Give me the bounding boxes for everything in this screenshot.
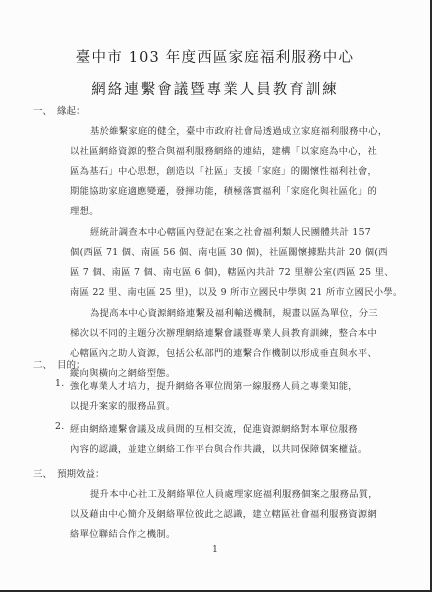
list-item-number: 2. bbox=[55, 421, 64, 432]
list-item-line: 內容的認識，並建立網絡工作平台與合作共識，以共同保障個案權益。 bbox=[70, 441, 368, 455]
paragraph-line: 期能協助家庭適應變遷，發揮功能，積極落實福利「家庭化與社區化」的 bbox=[70, 183, 377, 197]
paragraph-line: 以及藉由中心簡介及網絡單位彼此之認識，建立轄區社會福利服務資源網 bbox=[70, 506, 377, 520]
paragraph-line: 以社區網絡資源的整合與福利服務網絡的連結，建構「以家庭為中心，社 bbox=[70, 143, 377, 157]
paragraph-line: 絡單位聯結合作之機制。 bbox=[70, 526, 176, 540]
paragraph-line: 為提高本中心資源網絡連繫及福利輸送機制，規畫以區為單位，分三 bbox=[90, 305, 378, 319]
paragraph-line: 區 7 個、南區 7 個、南屯區 6 個)，轄區內共計 72 里辦公室(西區 2… bbox=[70, 264, 394, 278]
list-item-line: 強化專業人才培力，提升網絡各單位間第一線服務人員之專業知能， bbox=[70, 378, 358, 392]
paragraph-line: 梯次以不同的主題分次辦理網絡連繫會議暨專業人員教育訓練，整合本中 bbox=[70, 325, 377, 339]
section-number: 一、 bbox=[33, 103, 53, 117]
section-title: 預期效益： bbox=[57, 466, 105, 480]
paragraph-line: 區為基石」中心思想，創造以「社區」支援「家庭」的關懷性福利社會， bbox=[70, 163, 377, 177]
section-title: 目的： bbox=[57, 357, 86, 371]
document-title-line-2: 網絡連繫會議暨專業人員教育訓練 bbox=[0, 78, 430, 99]
list-item-number: 1. bbox=[55, 378, 64, 389]
paragraph-line: 經統計調查本中心轄區內登記在案之社會福利類人民團體共計 157 bbox=[90, 224, 371, 238]
list-item-line: 經由網絡連繫會議及成員間的互相交流，促進資源網絡對本單位服務 bbox=[70, 421, 358, 435]
paragraph-line: 提升本中心社工及網絡單位人員處理家庭福利服務個案之服務品質， bbox=[90, 486, 378, 500]
section-heading: 一、 緣起： bbox=[0, 103, 430, 117]
section-number: 三、 bbox=[33, 466, 53, 480]
paragraph-line: 基於維繫家庭的健全，臺中市政府社會局透過成立家庭福利服務中心， bbox=[90, 123, 388, 137]
document-page: 臺中市 103 年度西區家庭福利服務中心 網絡連繫會議暨專業人員教育訓練 一、 … bbox=[0, 0, 430, 590]
paragraph-line: 理想。 bbox=[70, 203, 99, 217]
page-number: 1 bbox=[0, 545, 430, 555]
section-title: 緣起： bbox=[57, 103, 86, 117]
paragraph-line: 個(西區 71 個、南區 56 個、南屯區 30 個)，社區關懷據點共計 20 … bbox=[70, 244, 388, 258]
document-title-line-1: 臺中市 103 年度西區家庭福利服務中心 bbox=[0, 46, 430, 67]
list-item-line: 以提升案家的服務品質。 bbox=[70, 398, 176, 412]
section-number: 二、 bbox=[33, 357, 53, 371]
section-heading: 二、 目的： bbox=[0, 357, 430, 371]
paragraph-line: 南區 22 里、南屯區 25 里)，以及 9 所市立國民中學與 21 所市立國民… bbox=[70, 284, 403, 298]
section-heading: 三、 預期效益： bbox=[0, 466, 430, 480]
